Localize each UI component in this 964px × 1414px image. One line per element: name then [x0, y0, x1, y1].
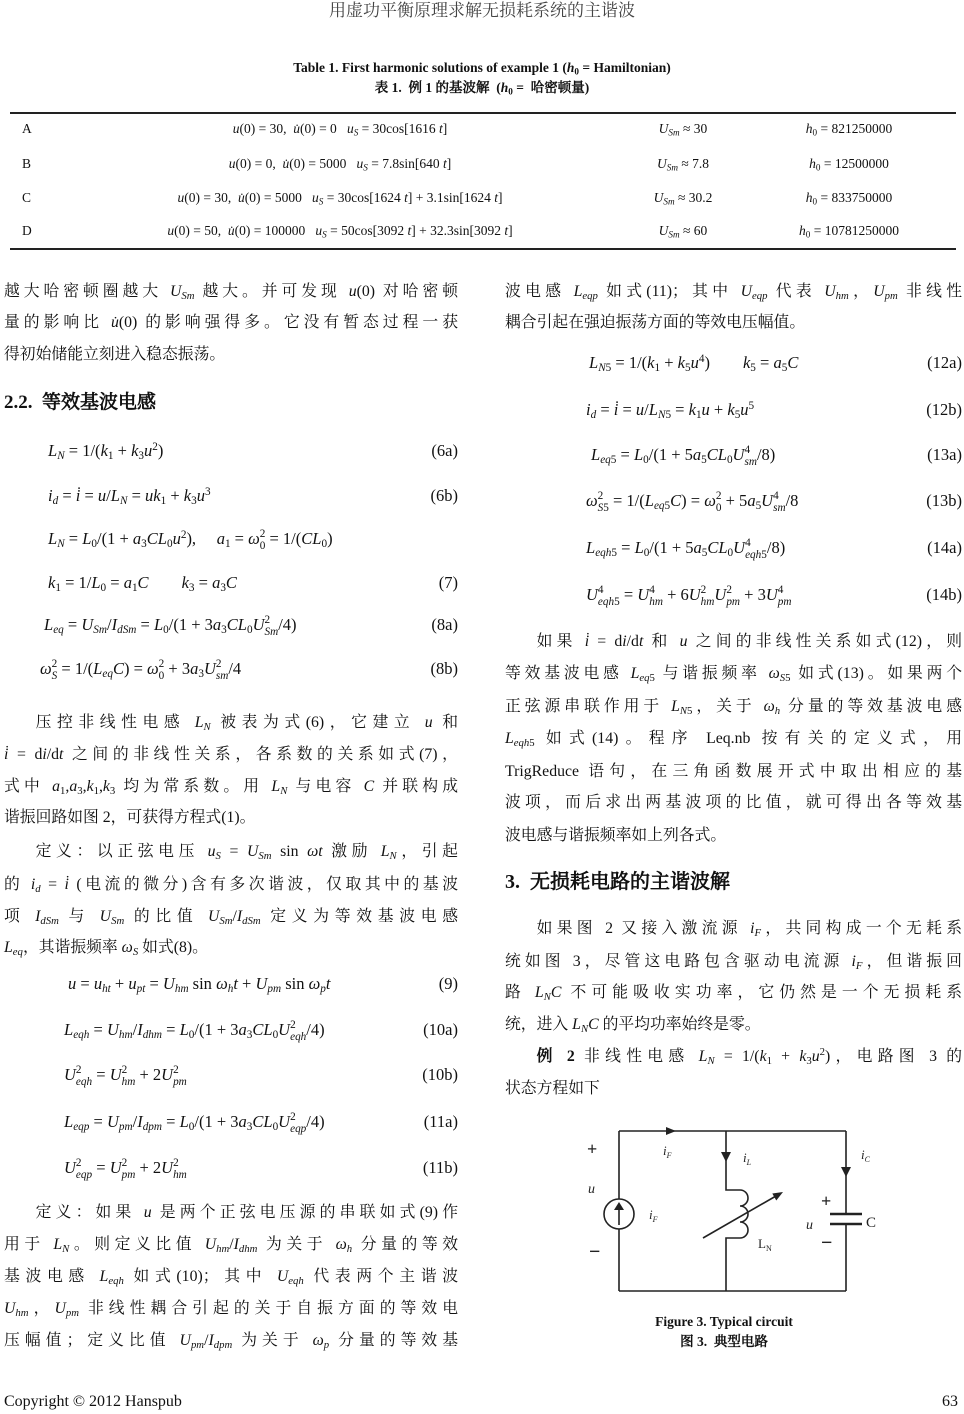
source-plus-sign: +	[587, 1139, 597, 1159]
running-header-title: 用虚功平衡原理求解无损耗系统的主谐波	[0, 0, 964, 22]
equation-row: id = i̇ = u/LN = uk1 + k3u3 (6b)	[4, 482, 458, 510]
equation-row: k1 = 1/L0 = a1C k3 = a3C (7)	[4, 569, 458, 597]
current-arrow-icon	[666, 1127, 676, 1135]
table-caption-zh: 表 1. 例 1 的基波解 (h0 = 哈密顿量)	[0, 79, 964, 97]
initial-conditions-cell: u(0) = 30, u̇(0) = 5000 uS = 30cos[1624 …	[140, 187, 540, 209]
paragraph-line: 统，进入 LNC 的平均功率始终是零。	[505, 1013, 962, 1037]
capacitor-current-label: iC	[861, 1147, 871, 1164]
equation-row: Leq5 = L0/(1 + 5a5CL0U4sm/8) (13a)	[505, 441, 962, 469]
copyright-text: Copyright © 2012 Hanspub	[4, 1391, 182, 1413]
equation-number: (6a)	[431, 437, 458, 465]
equation-row: U2eqp = U2pm + 2U2hm (11b)	[4, 1154, 458, 1182]
paragraph-line: 得初始储能立刻进入稳态振荡。	[4, 343, 458, 367]
paragraph-line: 压控非线性电感 LN 被表为式(6)，它建立 u 和	[4, 711, 458, 735]
paragraph-line: 越大哈密顿圈越大 USm 越大。并可发现 u(0) 对哈密顿	[4, 280, 458, 304]
equation-number: (12a)	[927, 349, 962, 377]
equation-row: Leq = USm/IdSm = L0/(1 + 3a3CL0U2Sm/4) (…	[4, 611, 458, 639]
equation-number: (14b)	[926, 581, 962, 609]
source-current-label: iF	[649, 1207, 658, 1224]
paragraph-line: 例 2 非线性电感 LN = 1/(k1 + k3u2)，电路图 3 的	[505, 1045, 962, 1069]
equation-expression: U2eqp = U2pm + 2U2hm	[64, 1154, 187, 1182]
paragraph-line: 谐振回路如图 2，可获得方程式(1)。	[4, 806, 458, 830]
equation-expression: u = uht + upt = Uhm sin ωht + Upm sin ωp…	[68, 970, 331, 998]
variable-arrow-icon	[703, 1196, 776, 1238]
usm-cell: USm ≈ 7.8	[613, 153, 753, 175]
table-row: C u(0) = 30, u̇(0) = 5000 uS = 30cos[162…	[0, 187, 964, 209]
row-label: D	[22, 220, 32, 242]
equation-expression: ω2S = 1/(LeqC) = ω20 + 3a3U2sm/4	[40, 655, 241, 683]
inductor-name-label: LN	[758, 1236, 772, 1253]
usm-cell: USm ≈ 60	[613, 220, 753, 242]
paragraph-line: 定义：以正弦电压 uS = USm sin ωt 激励 LN，引起	[4, 840, 458, 864]
paragraph-line: i̇ = di/dt 之间的非线性关系，各系数的关系如式(7)，	[4, 743, 458, 767]
paragraph-line: 量的影响比 u̇(0) 的影响强得多。它没有暂态过程一获	[4, 311, 458, 335]
usm-cell: USm ≈ 30.2	[613, 187, 753, 209]
equation-number: (10a)	[423, 1016, 458, 1044]
figure-caption-zh: 图 3. 典型电路	[484, 1333, 964, 1351]
paragraph-line: 统如图 3，尽管这电路包含驱动电流源 iF，但谐振回	[505, 950, 962, 974]
equation-row: Leqh = Uhm/Idhm = L0/(1 + 3a3CL0U2eqh/4)…	[4, 1016, 458, 1044]
equation-expression: U4eqh5 = U4hm + 6U2hmU2pm + 3U4pm	[586, 581, 791, 609]
section-heading-2-2: 2.2. 等效基波电感	[4, 390, 458, 416]
equation-number: (6b)	[431, 482, 459, 510]
inductor-current-label: iL	[743, 1150, 752, 1167]
equation-row: u = uht + upt = Uhm sin ωht + Upm sin ωp…	[4, 970, 458, 998]
paragraph-line: 定义：如果 u 是两个正弦电压源的串联如式(9)作	[4, 1201, 458, 1225]
equation-expression: id = i̇ = u/LN = uk1 + k3u3	[48, 482, 211, 510]
paragraph-line: 用于 LN。则定义比值 Uhm/Idhm 为关于 ωh 分量的等效	[4, 1233, 458, 1257]
row-label: A	[22, 118, 32, 140]
equation-expression: id = i̇ = u/LN5 = k1u + k5u5	[586, 396, 754, 424]
table-caption-en: Table 1. First harmonic solutions of exa…	[0, 59, 964, 77]
equation-number: (8a)	[431, 611, 458, 639]
top-current-label: iF	[663, 1143, 672, 1160]
paragraph-line: 项 IdSm 与 USm 的比值 USm/IdSm 定义为等效基波电感	[4, 905, 458, 929]
paragraph-line: 状态方程如下	[505, 1077, 962, 1101]
row-label: C	[22, 187, 31, 209]
equation-expression: Leqh = Uhm/Idhm = L0/(1 + 3a3CL0U2eqh/4)	[64, 1016, 325, 1044]
paragraph-line: 如果 i̇ = di/dt 和 u 之间的非线性关系如式(12)，则	[505, 630, 962, 654]
section-heading-3: 3. 无损耗电路的主谐波解	[505, 869, 962, 895]
table-row: A u(0) = 30, u̇(0) = 0 uS = 30cos[1616 t…	[0, 118, 964, 140]
table-row: D u(0) = 50, u̇(0) = 100000 uS = 50cos[3…	[0, 220, 964, 242]
equation-expression: U2eqh = U2hm + 2U2pm	[64, 1061, 187, 1089]
capacitor-minus-sign: −	[821, 1232, 832, 1254]
equation-row: U4eqh5 = U4hm + 6U2hmU2pm + 3U4pm (14b)	[505, 581, 962, 609]
variable-arrow-head-icon	[772, 1192, 783, 1201]
figure-caption-en: Figure 3. Typical circuit	[484, 1313, 964, 1331]
equation-row: LN5 = 1/(k1 + k5u4) k5 = a5C (12a)	[505, 349, 962, 377]
current-arrow-icon	[721, 1152, 731, 1162]
equation-expression: LN5 = 1/(k1 + k5u4) k5 = a5C	[589, 349, 798, 377]
paragraph-line: 路 LNC 不可能吸收实功率，它仍然是一个无损耗系	[505, 981, 962, 1005]
hamiltonian-cell: h0 = 12500000	[769, 153, 929, 175]
paragraph-line: TrigReduce 语句，在三角函数展开式中取出相应的基	[505, 760, 962, 784]
equation-expression: Leq5 = L0/(1 + 5a5CL0U4sm/8)	[591, 441, 775, 469]
source-arrow-head-icon	[614, 1202, 624, 1210]
row-label: B	[22, 153, 31, 175]
capacitor-voltage-label: u	[806, 1218, 813, 1233]
capacitor-plus-sign: +	[821, 1191, 831, 1211]
paragraph-line: 波电感与谐振频率如上列各式。	[505, 824, 962, 848]
equation-number: (7)	[439, 569, 458, 597]
paragraph-line: 等效基波电感 Leq5 与谐振频率 ωS5 如式(13)。如果两个	[505, 662, 962, 686]
paragraph-line: 的 id = i̇ (电流的微分)含有多次谐波，仅取其中的基波	[4, 873, 458, 897]
hamiltonian-cell: h0 = 833750000	[769, 187, 929, 209]
equation-row: U2eqh = U2hm + 2U2pm (10b)	[4, 1061, 458, 1089]
page-number: 63	[942, 1391, 958, 1413]
capacitor-icon	[830, 1214, 862, 1224]
equation-row: Leqh5 = L0/(1 + 5a5CL0U4eqh5/8) (14a)	[505, 534, 962, 562]
equation-expression: k1 = 1/L0 = a1C k3 = a3C	[48, 569, 237, 597]
equation-number: (10b)	[422, 1061, 458, 1089]
equation-number: (13a)	[927, 441, 962, 469]
equation-number: (14a)	[927, 534, 962, 562]
equation-expression: ω2S5 = 1/(Leq5C) = ω20 + 5a5U4sm/8	[586, 487, 798, 515]
hamiltonian-cell: h0 = 821250000	[769, 118, 929, 140]
equation-number: (11b)	[423, 1154, 458, 1182]
source-minus-sign: −	[589, 1241, 600, 1263]
equation-number: (13b)	[926, 487, 962, 515]
initial-conditions-cell: u(0) = 30, u̇(0) = 0 uS = 30cos[1616 t]	[140, 118, 540, 140]
equation-row: id = i̇ = u/LN5 = k1u + k5u5 (12b)	[505, 396, 962, 424]
initial-conditions-cell: u(0) = 0, u̇(0) = 5000 uS = 7.8sin[640 t…	[140, 153, 540, 175]
paragraph-line: Uhm，Upm 非线性耦合引起的关于自振方面的等效电	[4, 1297, 458, 1321]
table-bottom-rule	[10, 248, 956, 250]
paragraph-line: 式中 a1,a3,k1,k3 均为常系数。用 LN 与电容 C 并联构成	[4, 775, 458, 799]
equation-row: ω2S = 1/(LeqC) = ω20 + 3a3U2sm/4 (8b)	[4, 655, 458, 683]
equation-expression: Leqh5 = L0/(1 + 5a5CL0U4eqh5/8)	[586, 534, 785, 562]
paragraph-line: 压幅值；定义比值 Upm/Idpm 为关于 ωp 分量的等效基	[4, 1329, 458, 1353]
equation-expression: LN = 1/(k1 + k3u2)	[48, 437, 163, 465]
source-voltage-label: u	[588, 1182, 595, 1197]
paragraph-line: 波电感 Leqp 如式(11)；其中 Ueqp 代表 Uhm，Upm 非线性	[505, 280, 962, 304]
figure-3-circuit: + u − iF iF iL LN iC + u − C	[570, 1125, 890, 1310]
paragraph-line: Leqh5 如式(14)。程序 Leq.nb 按有关的定义式，用	[505, 727, 962, 751]
hamiltonian-cell: h0 = 10781250000	[769, 220, 929, 242]
equation-row: ω2S5 = 1/(Leq5C) = ω20 + 5a5U4sm/8 (13b)	[505, 487, 962, 515]
capacitor-name-label: C	[866, 1215, 876, 1231]
equation-row: LN = L0/(1 + a3CL0u2), a1 = ω20 = 1/(CL0…	[4, 525, 458, 553]
paragraph-line: 基波电感 Leqh 如式(10)；其中 Ueqh 代表两个主谐波	[4, 1265, 458, 1289]
equation-number: (9)	[439, 970, 458, 998]
equation-number: (11a)	[424, 1108, 458, 1136]
current-arrow-icon	[841, 1167, 851, 1177]
equation-expression: Leq = USm/IdSm = L0/(1 + 3a3CL0U2Sm/4)	[44, 611, 297, 639]
paragraph-line: 耦合引起在强迫振荡方面的等效电压幅值。	[505, 311, 962, 335]
table-row: B u(0) = 0, u̇(0) = 5000 uS = 7.8sin[640…	[0, 153, 964, 175]
equation-number: (8b)	[431, 655, 459, 683]
paragraph-line: Leq，其谐振频率 ωS 如式(8)。	[4, 936, 458, 960]
equation-number: (12b)	[926, 396, 962, 424]
paragraph-line: 正弦源串联作用于 LN5，关于 ωh 分量的等效基波电感	[505, 695, 962, 719]
equation-row: LN = 1/(k1 + k3u2) (6a)	[4, 437, 458, 465]
equation-expression: Leqp = Upm/Idpm = L0/(1 + 3a3CL0U2eqp/4)	[64, 1108, 325, 1136]
initial-conditions-cell: u(0) = 50, u̇(0) = 100000 uS = 50cos[309…	[140, 220, 540, 242]
equation-row: Leqp = Upm/Idpm = L0/(1 + 3a3CL0U2eqp/4)…	[4, 1108, 458, 1136]
table-top-rule	[10, 112, 956, 114]
paragraph-line: 波项，而后求出两基波项的比值，就可得出各等效基	[505, 791, 962, 815]
equation-expression: LN = L0/(1 + a3CL0u2), a1 = ω20 = 1/(CL0…	[48, 525, 333, 553]
paragraph-line: 如果图 2 又接入激流源 iF，共同构成一个无耗系	[505, 917, 962, 941]
usm-cell: USm ≈ 30	[613, 118, 753, 140]
